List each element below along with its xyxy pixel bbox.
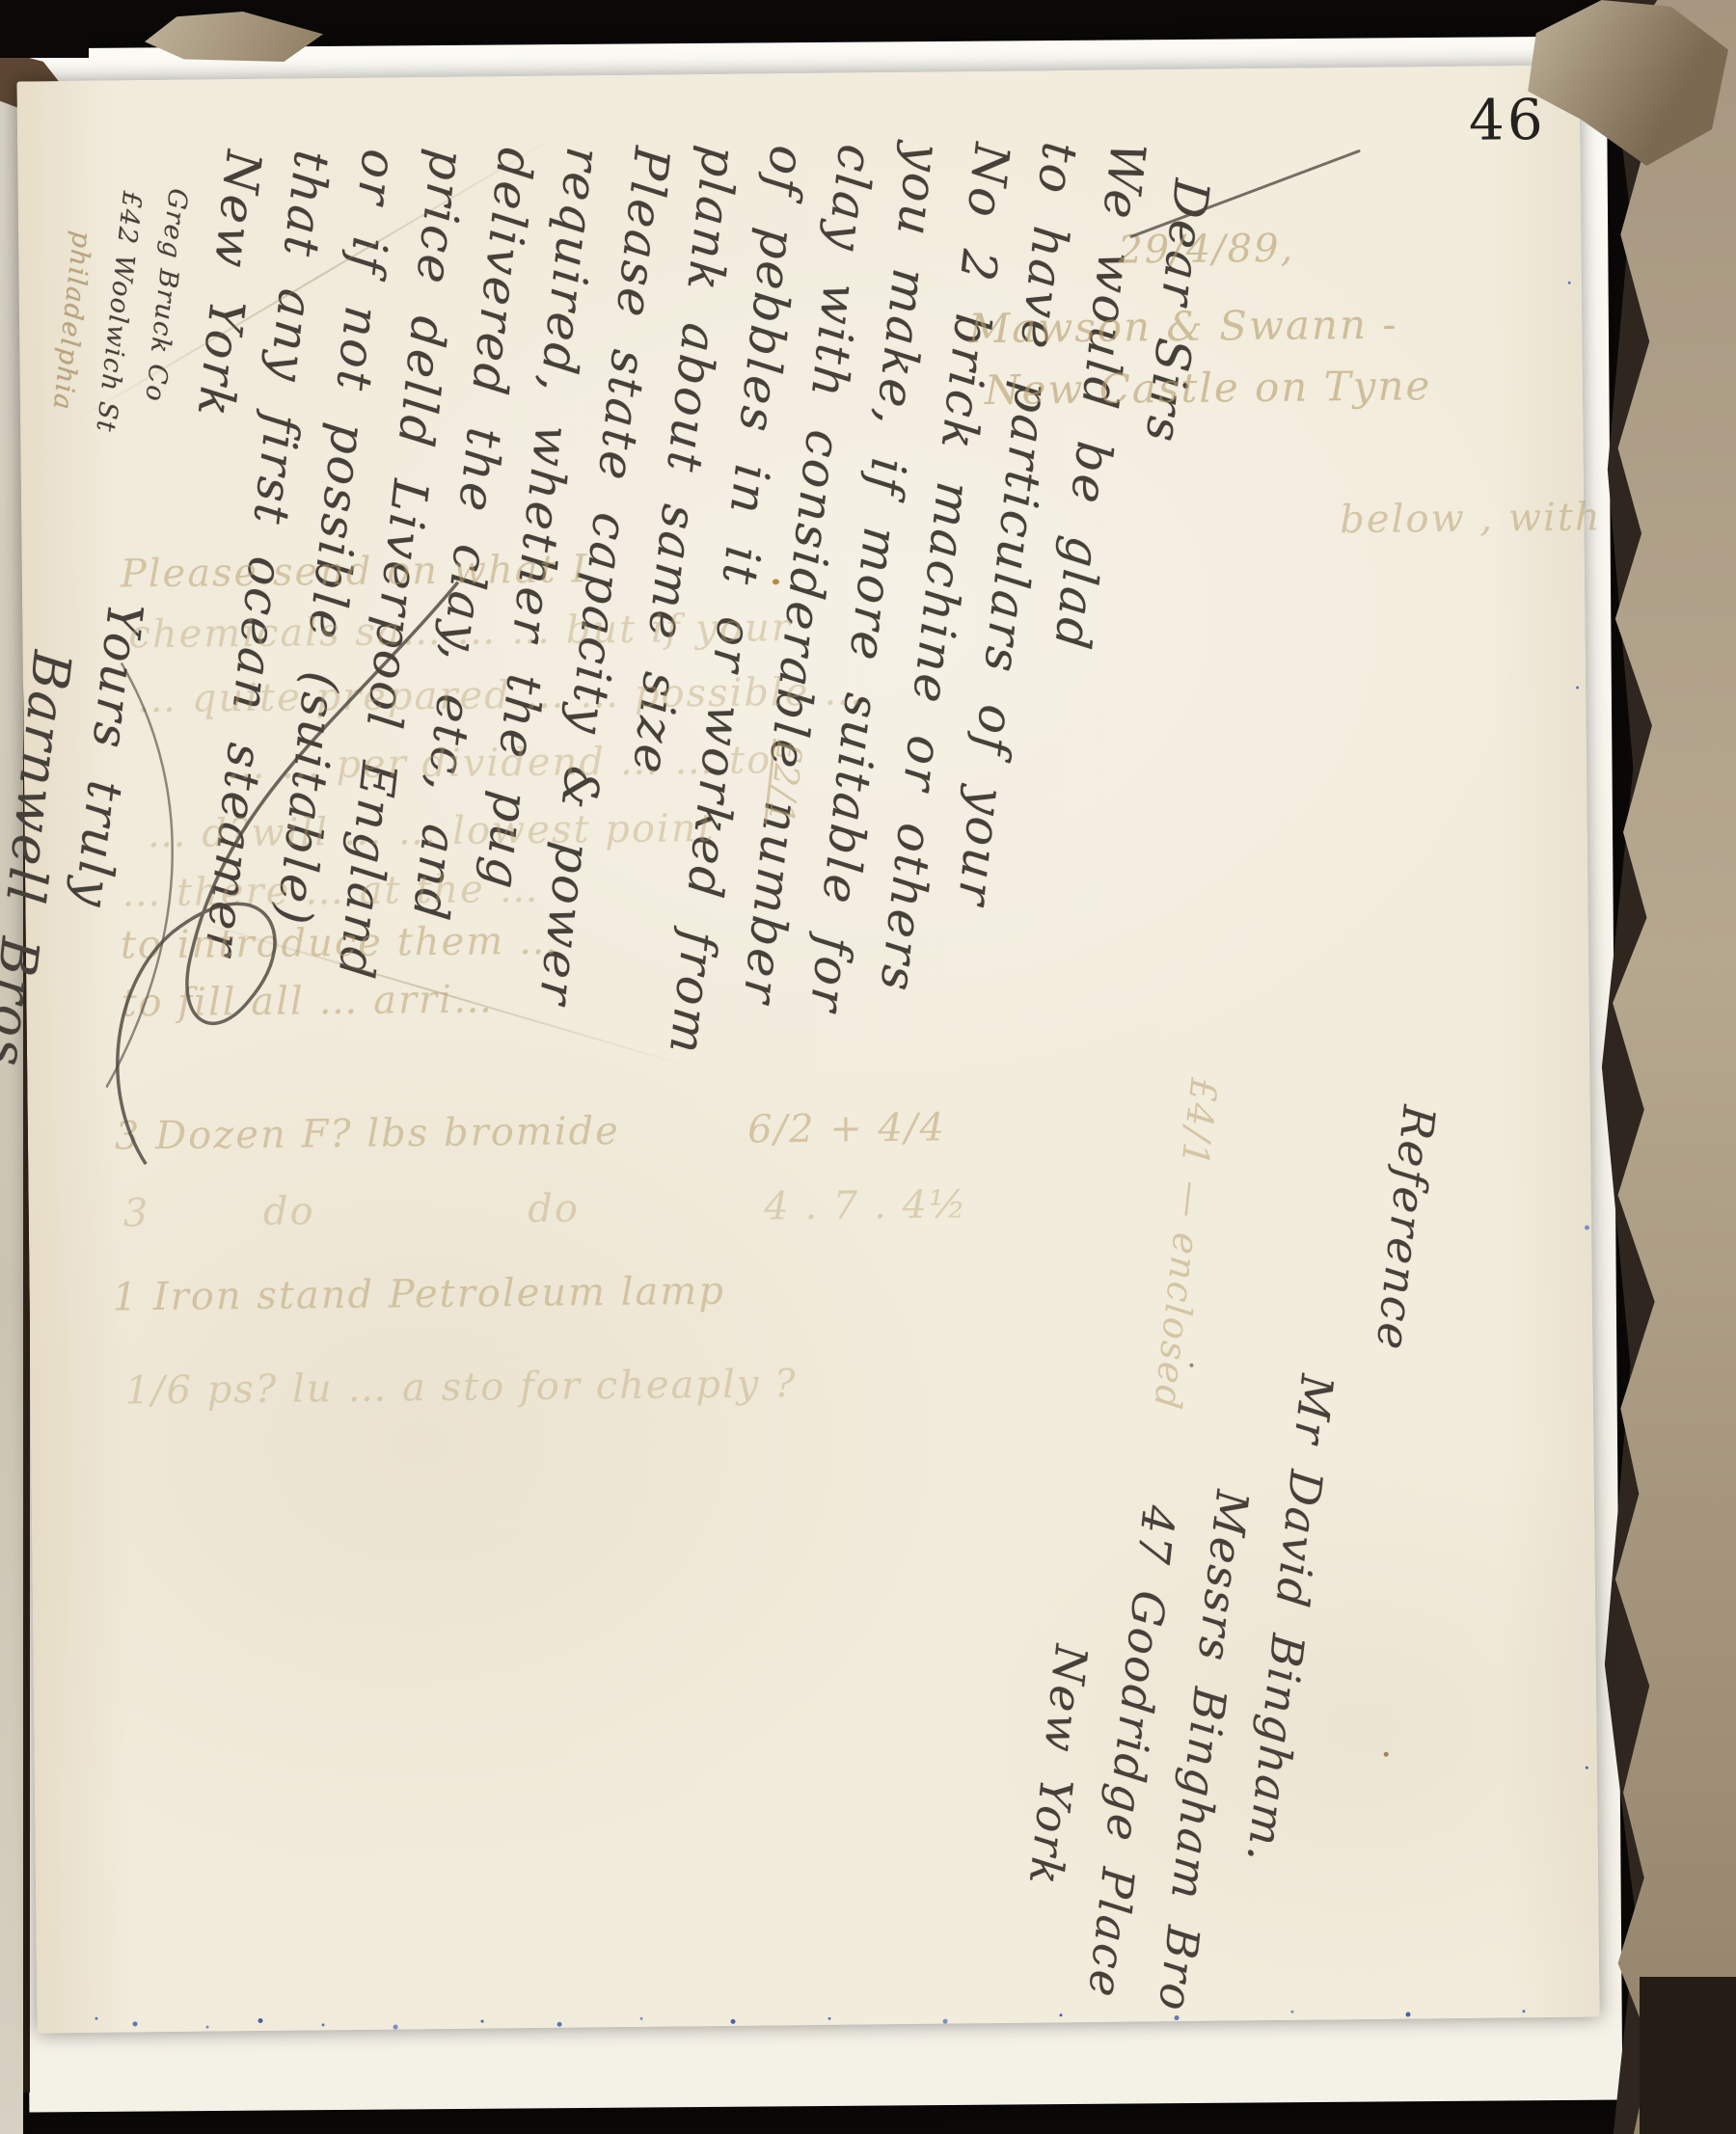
faint-address: New Castle on Tyne [985, 362, 1432, 414]
signature-flourish [53, 543, 523, 1223]
ink-speck [1189, 1364, 1193, 1367]
faint-recipient: Mawson & Swann - [968, 301, 1398, 353]
reference-block: Reference Mr David Bingham. Messrs Bingh… [993, 1070, 1455, 2068]
ink-speck [773, 579, 779, 584]
scanned-letterbook-photo: 46 29/4/89, Mawson & Swann - New Castle … [0, 0, 1736, 2134]
faint-line: below , with [1340, 495, 1602, 542]
faint-order-item: 1/6 ps? lu … a sto for cheaply ? [124, 1362, 797, 1413]
ink-speck [1384, 1752, 1389, 1757]
letter-page: 46 29/4/89, Mawson & Swann - New Castle … [16, 66, 1599, 2034]
blue-edge-speckles [95, 2017, 97, 2020]
blue-edge-speckles [1568, 282, 1571, 284]
page-number: 46 [1469, 87, 1547, 153]
top-left-shadow [0, 0, 89, 58]
bottom-right-dark-corner [1640, 1977, 1736, 2134]
faint-order-item: 1 Iron stand Petroleum lamp [112, 1269, 725, 1320]
